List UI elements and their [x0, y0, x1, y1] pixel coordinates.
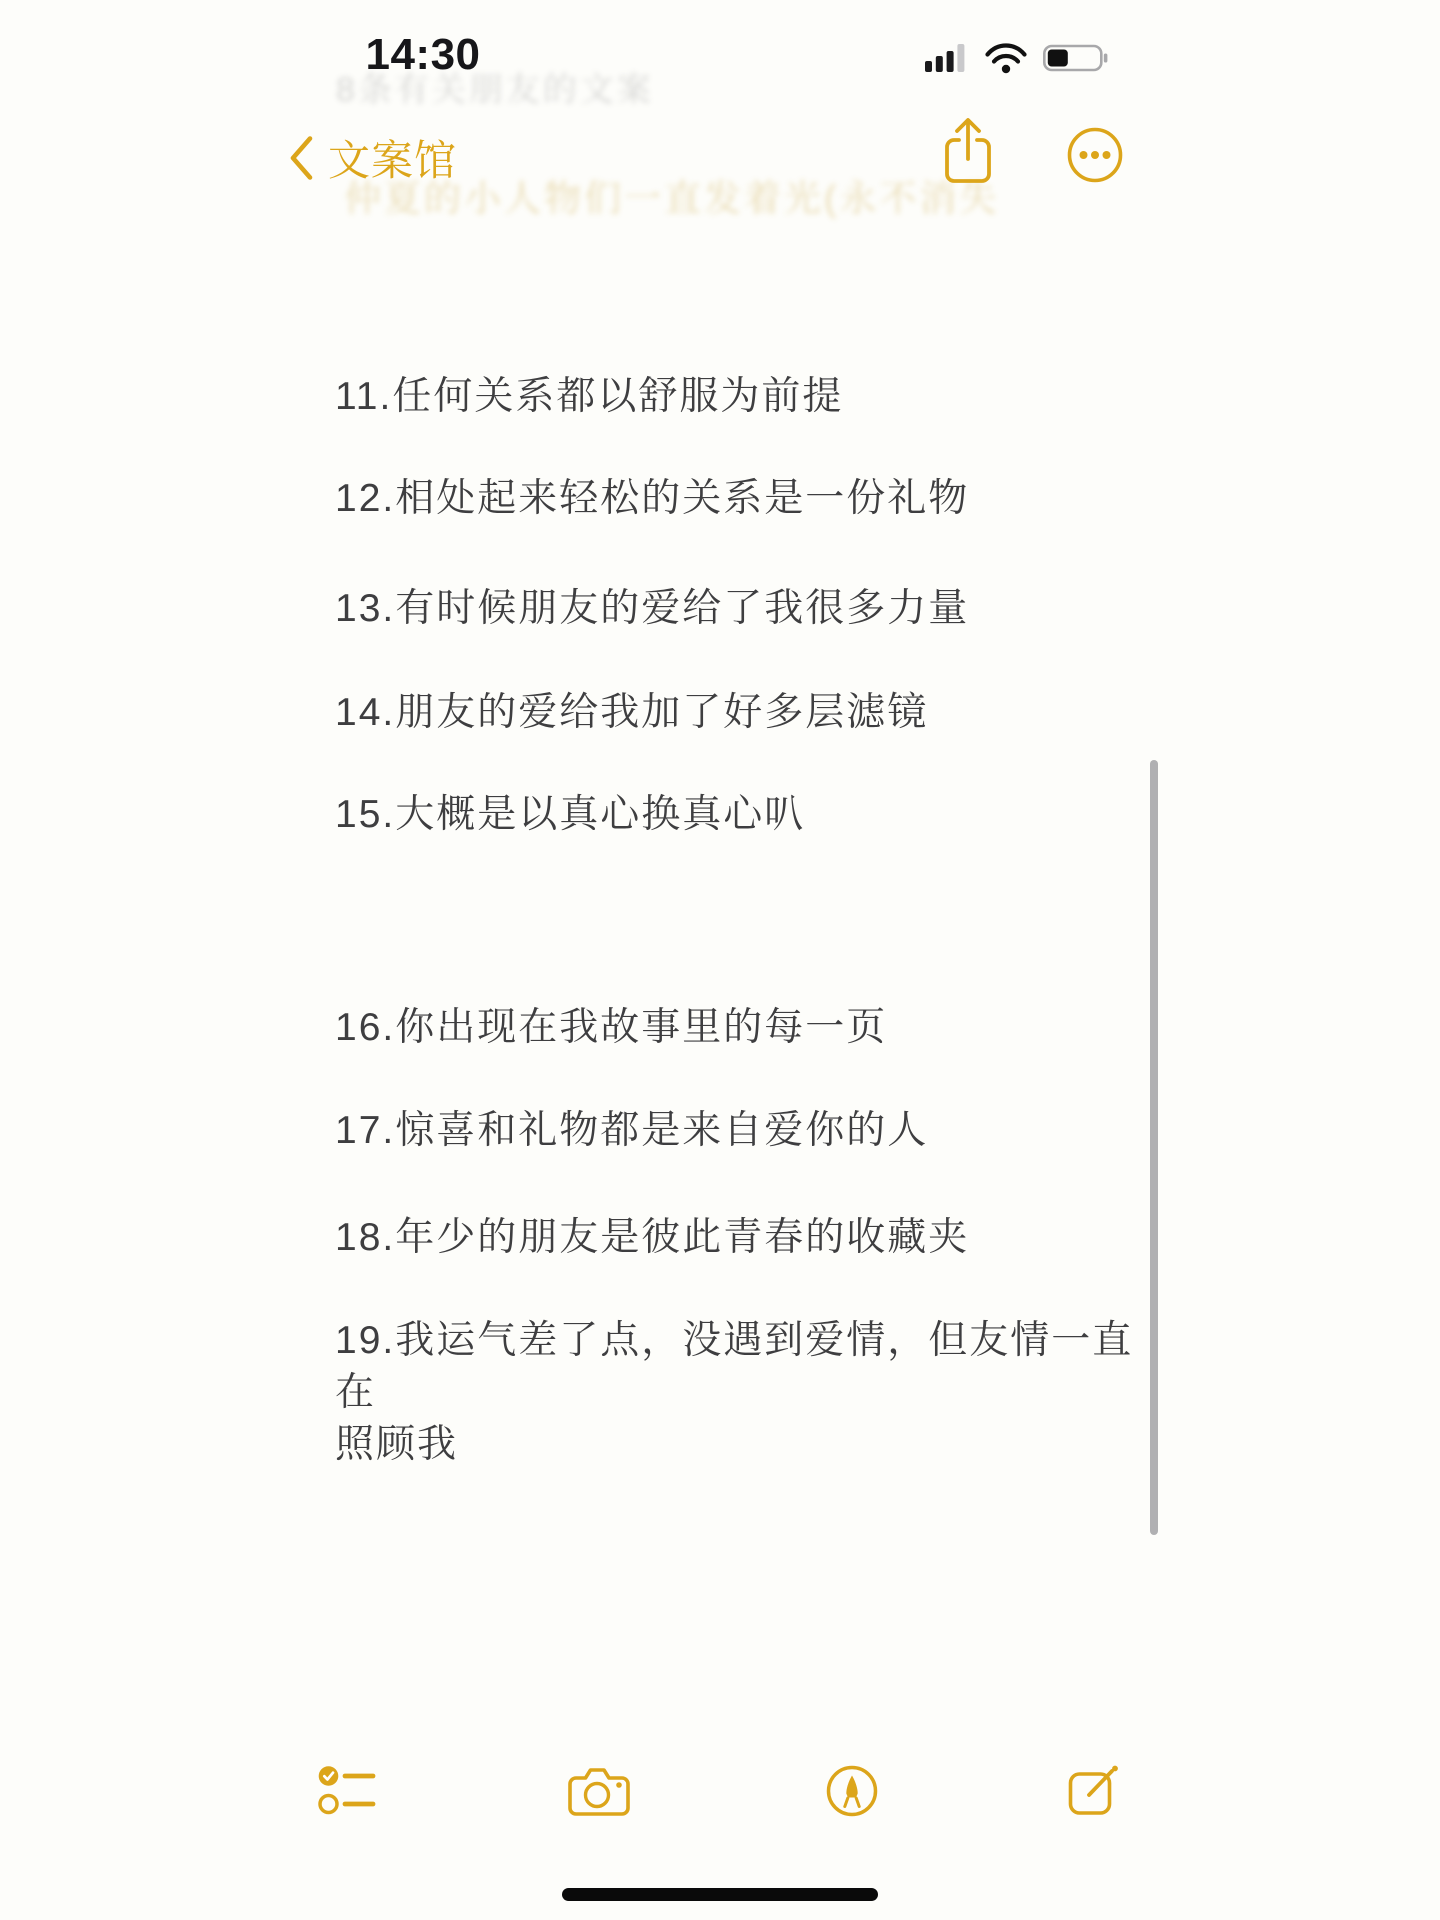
status-time: 14:30 [348, 30, 498, 80]
back-button-label: 文案馆 [328, 128, 457, 188]
share-icon [944, 116, 992, 184]
note-line-11[interactable]: 11.任何关系都以舒服为前提 [335, 371, 1135, 423]
markup-pen-icon [825, 1764, 879, 1818]
checklist-icon [318, 1764, 376, 1818]
share-button[interactable] [944, 116, 992, 189]
camera-button[interactable] [568, 1766, 630, 1821]
back-button[interactable]: 文案馆 [288, 128, 457, 188]
ellipsis-circle-icon [1066, 126, 1124, 184]
chevron-left-icon [288, 135, 314, 181]
markup-button[interactable] [825, 1764, 879, 1823]
note-line-17[interactable]: 17.惊喜和礼物都是来自爱你的人 [335, 1105, 1135, 1157]
cellular-signal-icon [925, 44, 971, 72]
more-options-button[interactable] [1066, 126, 1124, 189]
note-line-12[interactable]: 12.相处起来轻松的关系是一份礼物 [335, 473, 1135, 525]
note-line-18[interactable]: 18.年少的朋友是彼此青春的收藏夹 [335, 1212, 1135, 1264]
checklist-button[interactable] [318, 1764, 376, 1823]
wifi-icon [985, 43, 1027, 74]
notes-app-screen: 14:30 8条有关朋友的文案 仲夏的小人物们一直发着光(永不消失 文案馆 [0, 0, 1440, 1920]
note-line-16[interactable]: 16.你出现在我故事里的每一页 [335, 1002, 1135, 1054]
camera-icon [568, 1766, 630, 1816]
battery-icon [1043, 42, 1109, 74]
home-indicator[interactable] [562, 1888, 878, 1901]
compose-icon [1068, 1764, 1120, 1816]
note-line-19[interactable]: 19.我运气差了点，没遇到爱情，但友情一直在 照顾我 [335, 1315, 1135, 1471]
status-icons [925, 40, 1115, 74]
scrollbar-thumb[interactable] [1150, 760, 1158, 1535]
note-line-14[interactable]: 14.朋友的爱给我加了好多层滤镜 [335, 687, 1135, 739]
note-line-15[interactable]: 15.大概是以真心换真心叭 [335, 789, 1135, 841]
note-line-13[interactable]: 13.有时候朋友的爱给了我很多力量 [335, 583, 1135, 635]
compose-button[interactable] [1068, 1764, 1120, 1821]
